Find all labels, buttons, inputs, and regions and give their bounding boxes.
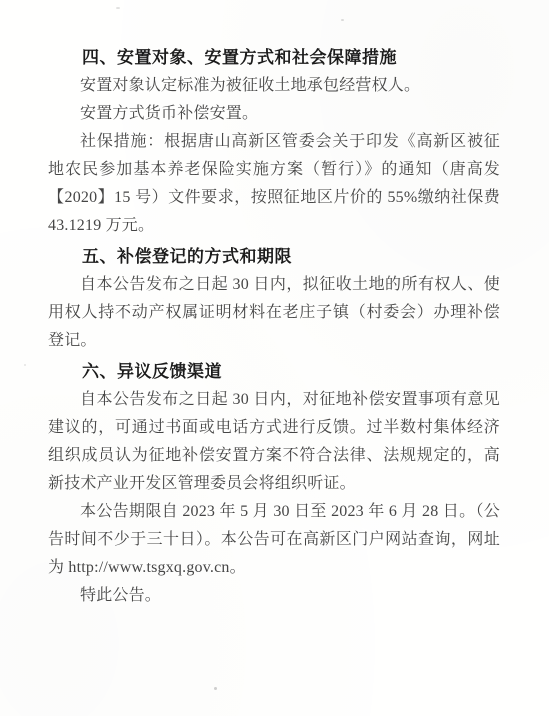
- paragraph-announcement-period: 本公告期限自 2023 年 5 月 30 日至 2023 年 6 月 28 日。…: [48, 498, 500, 582]
- scan-speck: [24, 364, 26, 366]
- scan-speck: [116, 7, 120, 9]
- section-resettlement-and-social-security: 四、安置对象、安置方式和社会保障措施 安置对象认定标准为被征收土地承包经营权人。…: [48, 44, 500, 240]
- paragraph: 社保措施：根据唐山高新区管委会关于印发《高新区被征地农民参加基本养老保险实施方案…: [48, 128, 500, 240]
- announcement-body: 四、安置对象、安置方式和社会保障措施 安置对象认定标准为被征收土地承包经营权人。…: [48, 44, 500, 610]
- section-heading-5: 五、补偿登记的方式和期限: [48, 243, 500, 271]
- section-compensation-registration: 五、补偿登记的方式和期限 自本公告发布之日起 30 日内，拟征收土地的所有权人、…: [48, 243, 500, 355]
- section-objection-feedback: 六、异议反馈渠道 自本公告发布之日起 30 日内，对征地补偿安置事项有意见建议的…: [48, 358, 500, 610]
- announcement-page: 四、安置对象、安置方式和社会保障措施 安置对象认定标准为被征收土地承包经营权人。…: [0, 0, 549, 716]
- section-heading-4: 四、安置对象、安置方式和社会保障措施: [48, 44, 500, 72]
- paragraph: 安置方式货币补偿安置。: [48, 100, 500, 128]
- scan-speck: [214, 687, 217, 690]
- scan-speck: [341, 19, 344, 21]
- paragraph: 安置对象认定标准为被征收土地承包经营权人。: [48, 72, 500, 100]
- paragraph: 自本公告发布之日起 30 日内，对征地补偿安置事项有意见建议的，可通过书面或电话…: [48, 386, 500, 498]
- paragraph: 自本公告发布之日起 30 日内，拟征收土地的所有权人、使用权人持不动产权属证明材…: [48, 271, 500, 355]
- section-heading-6: 六、异议反馈渠道: [48, 358, 500, 386]
- paragraph-closing: 特此公告。: [48, 582, 500, 610]
